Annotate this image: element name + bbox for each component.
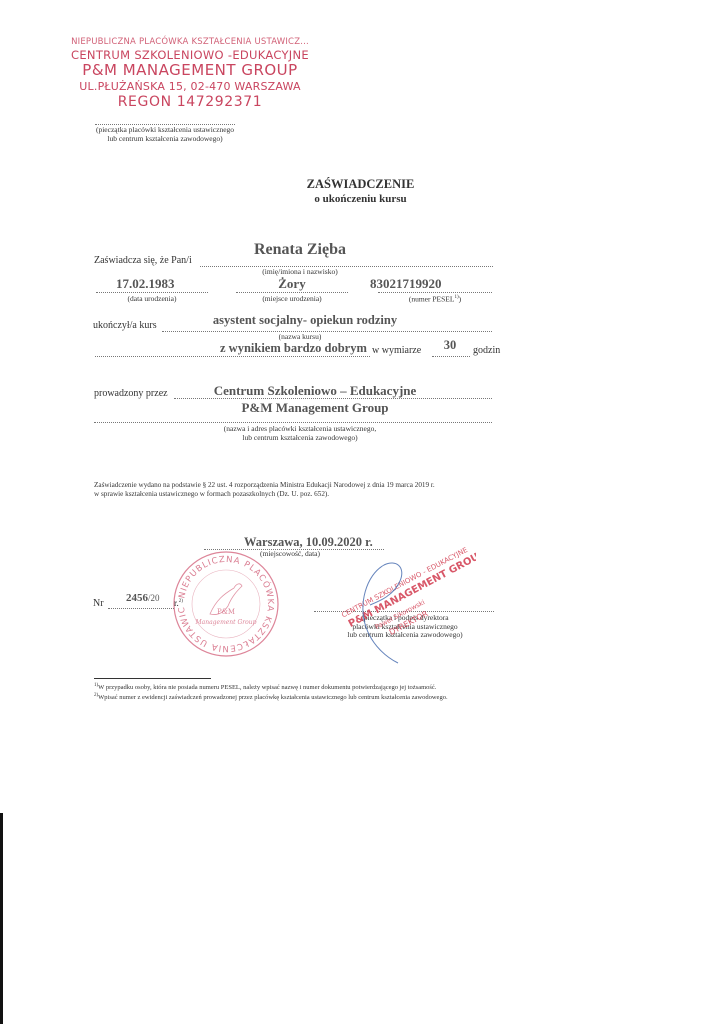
round-stamp: NIEPUBLICZNA PLACÓWKA KSZTAŁCENIA USTAWI… xyxy=(172,550,280,658)
birth-place-dotted-line xyxy=(236,292,348,293)
footnote-separator xyxy=(94,678,211,679)
number-dotted-line xyxy=(108,608,174,609)
pesel-caption-end: ) xyxy=(459,295,462,304)
organizer-label: prowadzony przez xyxy=(94,388,168,399)
intro-label: Zaświadcza się, że Pan/i xyxy=(94,255,192,266)
certificate-number-year: /20 xyxy=(148,593,160,603)
organizer-name-line-1: Centrum Szkoleniowo – Edukacyjne xyxy=(190,383,440,399)
birth-date-dotted-line xyxy=(96,292,208,293)
stamp-line-1: NIEPUBLICZNA PLACÓWKA KSZTAŁCENIA USTAWI… xyxy=(40,38,340,47)
number-suffix: r.2) xyxy=(174,598,183,608)
course-name: asystent socjalny- opiekun rodziny xyxy=(190,313,420,328)
course-hours: 30 xyxy=(438,338,462,353)
scan-edge-bar xyxy=(0,813,3,1024)
institution-stamp: NIEPUBLICZNA PLACÓWKA KSZTAŁCENIA USTAWI… xyxy=(40,38,340,109)
legal-basis: Zaświadczenie wydano na podstawie § 22 u… xyxy=(94,481,435,500)
footnote-2: 2)Wpisać numer z ewidencji zaświadczeń p… xyxy=(94,693,448,703)
birth-place-caption: (miejsce urodzenia) xyxy=(236,295,348,304)
footnotes: 1)W przypadku osoby, która nie posiada n… xyxy=(94,683,448,702)
stamp-line-3: P&M MANAGEMENT GROUP xyxy=(40,63,340,78)
birth-date: 17.02.1983 xyxy=(116,276,175,292)
stamp-line-2: CENTRUM SZKOLENIOWO -EDUKACYJNE xyxy=(40,50,340,62)
organizer-caption-line-2: lub centrum kształcenia zawodowego) xyxy=(190,434,410,443)
footnote-2-text: Wpisać numer z ewidencji zaświadczeń pro… xyxy=(98,694,447,701)
stamp-caption: (pieczątka placówki kształcenia ustawicz… xyxy=(70,126,260,143)
stamp-line-5: REGON 147292371 xyxy=(40,95,340,109)
number-footnote-ref: 2) xyxy=(179,599,183,604)
name-dotted-line xyxy=(200,266,493,267)
course-result: z wynikiem bardzo dobrym xyxy=(220,341,367,356)
pesel-number: 83021719920 xyxy=(370,276,442,292)
svg-text:P&M: P&M xyxy=(217,608,235,616)
certificate-number: 2456/20 xyxy=(126,592,160,604)
pesel-dotted-line xyxy=(378,292,492,293)
hours-dotted-line xyxy=(432,356,470,357)
pesel-caption: (numer PESEL1)) xyxy=(378,295,492,304)
pesel-caption-text: (numer PESEL xyxy=(409,295,455,304)
document-title: ZAŚWIADCZENIE xyxy=(0,177,721,192)
person-name: Renata Zięba xyxy=(200,241,400,259)
result-dotted-line xyxy=(95,356,370,357)
course-dotted-line xyxy=(162,331,492,332)
hours-label: w wymiarze xyxy=(372,345,421,356)
hours-unit: godzin xyxy=(473,345,500,356)
certificate-number-value: 2456 xyxy=(126,592,148,604)
organizer-caption: (nazwa i adres placówki kształcenia usta… xyxy=(190,425,410,442)
birth-place: Żory xyxy=(236,276,348,292)
svg-text:Management Group: Management Group xyxy=(195,619,257,626)
director-stamp-signature: CENTRUM SZKOLENIOWO - EDUKACYJNE P&M MAN… xyxy=(326,545,476,665)
document-subtitle: o ukończeniu kursu xyxy=(0,193,721,205)
birth-date-caption: (data urodzenia) xyxy=(96,295,208,304)
stamp-line-4: UL.PŁUŻAŃSKA 15, 02-470 WARSZAWA xyxy=(40,81,340,92)
stamp-caption-line-2: lub centrum kształcenia zawodowego) xyxy=(70,135,260,144)
legal-basis-line-2: w sprawie kształcenia ustawicznego w for… xyxy=(94,490,435,499)
legal-basis-line-1: Zaświadczenie wydano na podstawie § 22 u… xyxy=(94,481,435,490)
organizer-dotted-line-2 xyxy=(94,422,492,423)
footnote-1-text: W przypadku osoby, która nie posiada num… xyxy=(98,684,436,691)
course-label: ukończył/a kurs xyxy=(93,320,157,331)
organizer-name-line-2: P&M Management Group xyxy=(190,400,440,416)
number-label: Nr xyxy=(93,598,104,609)
footnote-1: 1)W przypadku osoby, która nie posiada n… xyxy=(94,683,448,693)
